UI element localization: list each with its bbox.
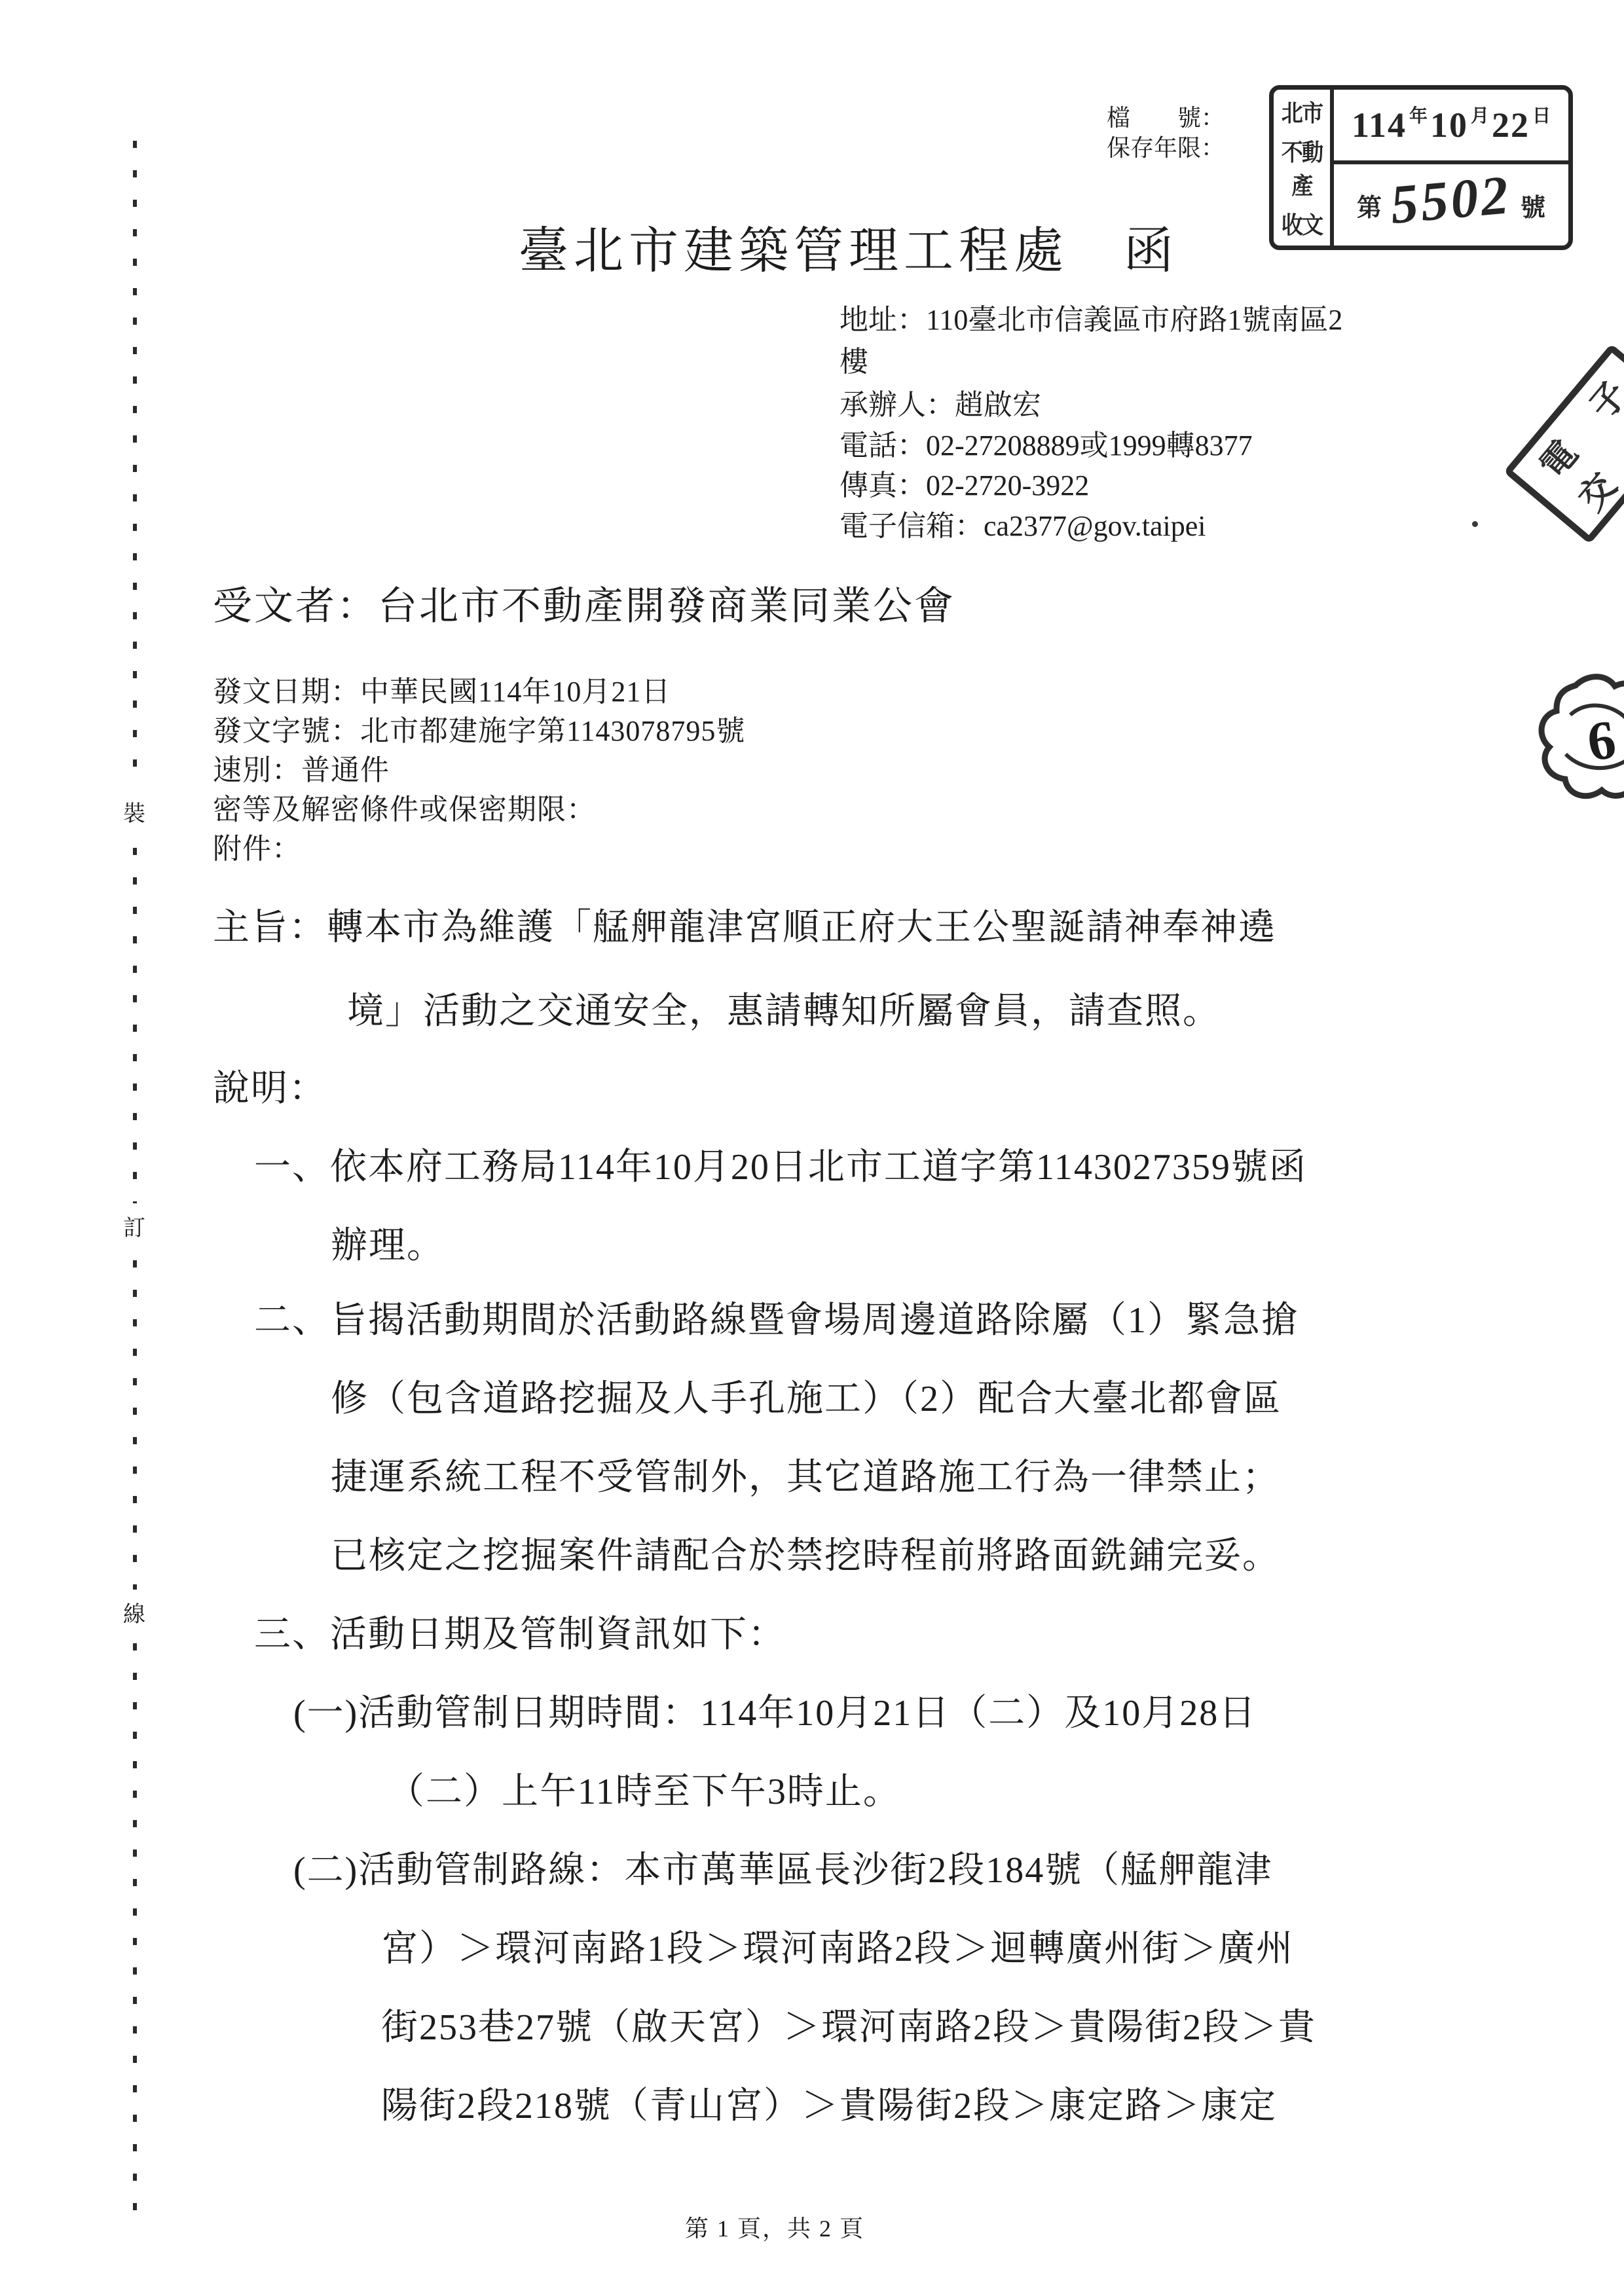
item2-line-2: 修（包含道路挖掘及人手孔施工）（2）配合大臺北都會區	[331, 1370, 1282, 1422]
item2-line-3: 捷運系統工程不受管制外，其它道路施工行為一律禁止；	[331, 1448, 1280, 1501]
receive-stamp-month-unit: 月	[1471, 101, 1489, 128]
receive-stamp-day-unit: 日	[1532, 101, 1551, 128]
receive-stamp: 北市 不動產 收文 114 年 10 月 22 日 第 5502 號	[1269, 85, 1573, 250]
item3-sub2-line-1: (二)活動管制路線：本市萬華區長沙街2段184號（艋舺龍津	[293, 1841, 1272, 1893]
receive-stamp-org: 北市 不動產 收文	[1274, 90, 1334, 246]
electronic-exchange-stamp: 電 子 交 換	[1504, 344, 1624, 545]
file-number-label: 檔 號：	[1107, 100, 1225, 133]
item3-sub2-line-3: 街253巷27號（啟天宮）＞環河南路2段＞貴陽街2段＞貴	[381, 1998, 1316, 2050]
page-number-seal: 6	[1530, 669, 1624, 813]
receive-stamp-number-handwritten: 5502	[1388, 163, 1513, 237]
sender-email: 電子信箱：ca2377@gov.taipei	[840, 502, 1206, 544]
sender-address-line2: 樓	[840, 338, 868, 380]
binding-mark-xian: 線	[120, 1590, 149, 1635]
page-footer: 第 1 頁，共 2 頁	[685, 2210, 864, 2244]
e-exchange-char-2: 子	[1576, 369, 1624, 428]
scanned-official-letter-page: 裝 訂 線 檔 號： 保存年限： 北市 不動產 收文 114 年 10 月 22…	[0, 0, 1624, 2296]
item3-line-1: 三、活動日期及管制資訊如下：	[254, 1605, 786, 1658]
item1-line-2: 辦理。	[331, 1216, 445, 1269]
subject-line-1: 主旨：轉本市為維護「艋舺龍津宮順正府大王公聖誕請神奉神遶	[213, 898, 1276, 951]
binding-mark-zhuang: 裝	[120, 789, 149, 834]
sender-phone: 電話：02-27208889或1999轉8377	[840, 422, 1253, 464]
issue-number-line: 發文字號：北市都建施字第1143078795號	[213, 707, 745, 749]
item3-sub1-line-1: (一)活動管制日期時間：114年10月21日（二）及10月28日	[293, 1684, 1257, 1736]
receive-stamp-no-prefix: 第	[1357, 187, 1382, 223]
issue-date-line: 發文日期：中華民國114年10月21日	[213, 668, 671, 710]
receive-stamp-number-row: 第 5502 號	[1334, 164, 1568, 246]
receive-stamp-year: 114	[1352, 105, 1407, 145]
item3-sub2-line-2: 宮）＞環河南路1段＞環河南路2段＞迴轉廣州街＞廣州	[381, 1920, 1294, 1972]
explanation-label: 說明：	[213, 1059, 327, 1112]
security-class-line: 密等及解密條件或保密期限：	[213, 786, 596, 828]
attachment-line: 附件：	[213, 825, 301, 867]
receive-stamp-date: 114 年 10 月 22 日	[1334, 90, 1568, 164]
receive-stamp-year-unit: 年	[1409, 101, 1428, 128]
binding-mark-ding: 訂	[120, 1203, 149, 1248]
recipient-line: 受文者：台北市不動產開發商業同業公會	[213, 575, 955, 631]
item3-sub1-line-2: （二）上午11時至下午3時止。	[388, 1762, 901, 1815]
sender-address-line1: 地址：110臺北市信義區市府路1號南區2	[840, 296, 1342, 338]
subject-line-2: 境」活動之交通安全，惠請轉知所屬會員，請查照。	[347, 982, 1221, 1034]
receive-stamp-month: 10	[1430, 105, 1468, 145]
receive-stamp-org-line1: 北市	[1277, 95, 1326, 128]
retention-period-label: 保存年限：	[1107, 130, 1225, 163]
receive-stamp-no-suffix: 號	[1521, 187, 1545, 223]
receive-stamp-day: 22	[1492, 105, 1530, 145]
sender-contact-person: 承辦人：趙啟宏	[840, 381, 1041, 423]
item2-line-4: 已核定之挖掘案件請配合於禁挖時程前將路面銑鋪完妥。	[331, 1527, 1280, 1579]
sender-fax: 傳真：02-2720-3922	[840, 462, 1089, 503]
binding-dotted-line	[133, 141, 137, 2216]
receive-stamp-org-line3: 收文	[1277, 207, 1326, 240]
item2-line-1: 二、旨揭活動期間於活動路線暨會場周邊道路除屬（1）緊急搶	[254, 1291, 1299, 1343]
document-title: 臺北市建築管理工程處 函	[519, 211, 1179, 282]
speed-class-line: 速別：普通件	[213, 746, 390, 788]
ink-speck	[1472, 521, 1478, 527]
item3-sub2-line-4: 陽街2段218號（青山宮）＞貴陽街2段＞康定路＞康定	[381, 2077, 1277, 2129]
receive-stamp-org-line2: 不動產	[1277, 134, 1326, 201]
item1-line-1: 一、依本府工務局114年10月20日北市工道字第1143027359號函	[254, 1138, 1307, 1190]
